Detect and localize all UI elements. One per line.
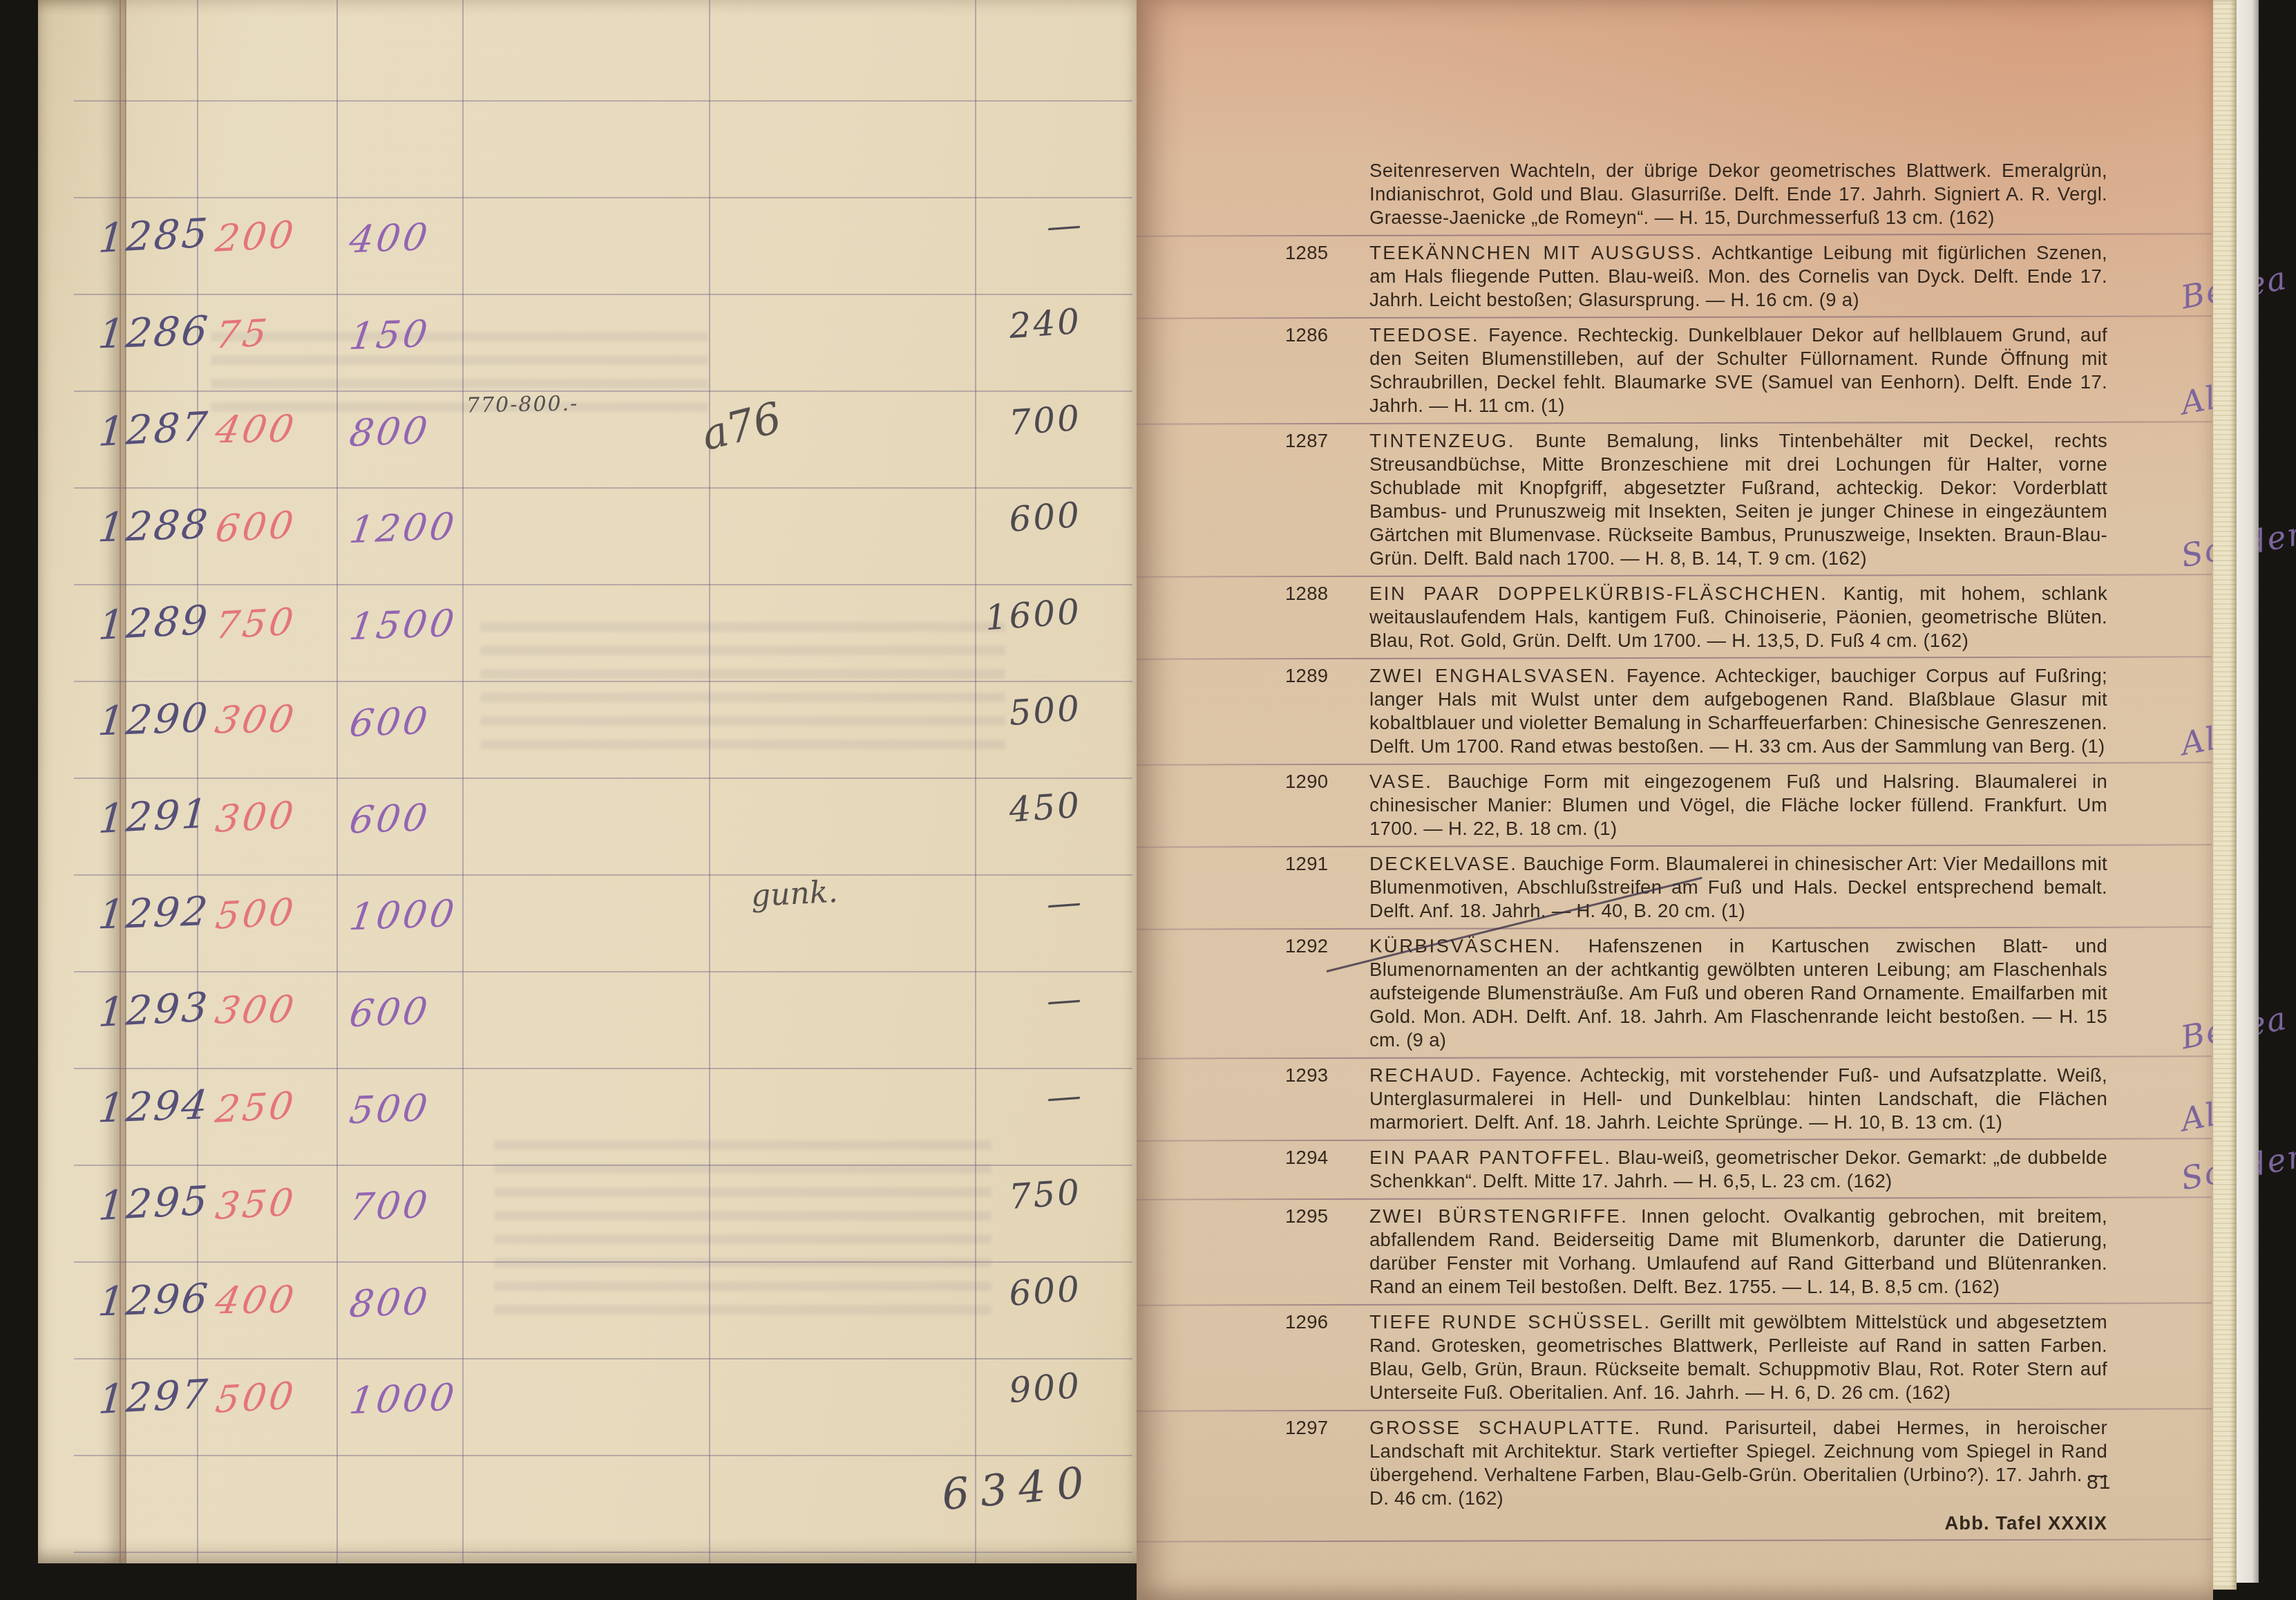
pencil-note-remark: gunk. bbox=[750, 874, 839, 914]
entry-title: DECKELVASE. bbox=[1369, 853, 1517, 874]
ledger-row: 1294 250 500 — bbox=[38, 1068, 1137, 1165]
lot-number: 1285 bbox=[97, 209, 205, 262]
lot-number: 1291 bbox=[97, 790, 205, 843]
limit-price: 500 bbox=[213, 1371, 343, 1421]
ledger-row: 1286 75 150 240 bbox=[38, 294, 1137, 390]
lot-number: 1286 bbox=[96, 307, 205, 357]
result-price: 240 bbox=[935, 301, 1083, 352]
limit-price: 500 bbox=[213, 887, 343, 937]
page-number: 81 bbox=[2087, 1471, 2111, 1494]
ledger-row: 1293 300 600 — bbox=[38, 971, 1137, 1068]
entry-text: TINTENZEUG. Bunte Bemalung, links Tinten… bbox=[1369, 429, 2107, 570]
entry-number: 1297 bbox=[1285, 1416, 1351, 1510]
entry-number: 1292 bbox=[1285, 934, 1351, 1052]
ledger-row: 1296 400 800 600 bbox=[38, 1261, 1137, 1358]
entry-text: GROSSE SCHAUPLATTE. Rund. Parisurteil, d… bbox=[1369, 1416, 2107, 1510]
lot-number: 1288 bbox=[96, 500, 205, 551]
entry-title: TEEKÄNNCHEN MIT AUSGUSS. bbox=[1369, 242, 1703, 263]
entry-number: 1291 bbox=[1285, 852, 1351, 923]
ledger-row: 1289 750 1500 1600 bbox=[38, 584, 1137, 681]
divider-line bbox=[1137, 574, 2212, 577]
catalog-entry: 1287 TINTENZEUG. Bunte Bemalung, links T… bbox=[1285, 429, 2170, 570]
result-price: 750 bbox=[935, 1172, 1083, 1223]
lot-number: 1292 bbox=[96, 887, 205, 938]
ledger-row: 1285 200 400 — bbox=[38, 197, 1137, 294]
limit-price: 300 bbox=[212, 986, 345, 1032]
entry-title: VASE. bbox=[1369, 771, 1432, 792]
lot-number: 1294 bbox=[96, 1081, 205, 1131]
divider-line bbox=[1137, 233, 2212, 236]
divider-line bbox=[1137, 844, 2212, 847]
divider-line bbox=[1137, 1196, 2212, 1200]
estimate-price: 1200 bbox=[347, 502, 520, 552]
result-price: — bbox=[935, 205, 1083, 255]
entry-number: 1294 bbox=[1285, 1146, 1351, 1193]
catalog-page: Seitenreserven Wachteln, der übrige Deko… bbox=[1137, 0, 2213, 1600]
estimate-price: 600 bbox=[347, 986, 520, 1035]
estimate-price: 1500 bbox=[347, 599, 520, 648]
estimate-price: 800 bbox=[347, 1277, 520, 1326]
entry-title: RECHAUD. bbox=[1369, 1064, 1483, 1086]
estimate-price: 500 bbox=[347, 1083, 520, 1132]
entry-number: 1296 bbox=[1285, 1310, 1351, 1404]
pencil-note-price-range: 770-800.- bbox=[466, 392, 579, 418]
plate-reference: Abb. Tafel XXXIX bbox=[1369, 1512, 2107, 1535]
estimate-price: 700 bbox=[347, 1180, 520, 1229]
entry-title: TINTENZEUG. bbox=[1369, 430, 1515, 451]
divider-line bbox=[1137, 315, 2212, 319]
catalog-entry: 1288 EIN PAAR DOPPELKÜRBIS-FLÄSCHCHEN. K… bbox=[1285, 582, 2170, 652]
divider-line bbox=[1137, 1055, 2212, 1059]
catalog-entry: 1292 KÜRBISVÄSCHEN. Hafenszenen in Kartu… bbox=[1285, 934, 2170, 1052]
divider-line bbox=[1137, 421, 2212, 424]
entry-text: TEEDOSE. Fayence. Rechteckig. Dunkelblau… bbox=[1369, 323, 2107, 417]
page-edges-right bbox=[2213, 0, 2237, 1590]
ledger-row: 1290 300 600 500 bbox=[38, 681, 1137, 778]
limit-price: 400 bbox=[212, 1277, 345, 1322]
lot-number: 1295 bbox=[97, 1177, 205, 1230]
limit-price: 300 bbox=[213, 791, 343, 840]
catalog-entry: 1289 ZWEI ENGHALSVASEN. Fayence. Achteck… bbox=[1285, 664, 2170, 758]
divider-line bbox=[1137, 1138, 2212, 1141]
limit-price: 350 bbox=[213, 1178, 343, 1227]
result-price: — bbox=[935, 882, 1083, 932]
lot-number: 1297 bbox=[97, 1371, 205, 1423]
entry-title: TEEDOSE. bbox=[1369, 324, 1479, 346]
lot-number: 1293 bbox=[97, 983, 205, 1036]
result-price: 900 bbox=[935, 1366, 1083, 1416]
entry-text: ZWEI ENGHALSVASEN. Fayence. Achteckiger,… bbox=[1369, 664, 2107, 758]
limit-price: 250 bbox=[213, 1081, 343, 1131]
divider-line bbox=[1137, 1538, 2212, 1542]
estimate-price: 400 bbox=[347, 212, 520, 261]
result-price: 600 bbox=[935, 1269, 1083, 1319]
entry-text: EIN PAAR DOPPELKÜRBIS-FLÄSCHCHEN. Kantig… bbox=[1369, 582, 2107, 652]
limit-price: 600 bbox=[213, 500, 343, 550]
lot-number: 1289 bbox=[97, 596, 205, 649]
entry-number: 1285 bbox=[1285, 241, 1351, 312]
catalog-entries: 1285 TEEKÄNNCHEN MIT AUSGUSS. Achtkantig… bbox=[1285, 241, 2213, 1541]
catalog-entry: 1291 DECKELVASE. Bauchige Form. Blaumale… bbox=[1285, 852, 2170, 923]
ledger-row: 1291 300 600 450 bbox=[38, 778, 1137, 874]
catalog-entry: 1285 TEEKÄNNCHEN MIT AUSGUSS. Achtkantig… bbox=[1285, 241, 2170, 312]
estimate-price: 600 bbox=[347, 696, 520, 745]
ledger-row: 1295 350 700 750 bbox=[38, 1165, 1137, 1261]
catalog-entry: 1293 RECHAUD. Fayence. Achteckig, mit vo… bbox=[1285, 1064, 2170, 1134]
catalog-entry: 1286 TEEDOSE. Fayence. Rechteckig. Dunke… bbox=[1285, 323, 2170, 417]
divider-line bbox=[1137, 1302, 2212, 1306]
catalog-entry: 1295 ZWEI BÜRSTENGRIFFE. Innen gelocht. … bbox=[1285, 1205, 2170, 1299]
entry-title: EIN PAAR PANTOFFEL. bbox=[1369, 1147, 1611, 1168]
entry-title: EIN PAAR DOPPELKÜRBIS-FLÄSCHCHEN. bbox=[1369, 583, 1828, 604]
entry-number: 1287 bbox=[1285, 429, 1351, 570]
catalog-entry: 1290 VASE. Bauchige Form mit eingezogene… bbox=[1285, 770, 2170, 840]
entry-title: GROSSE SCHAUPLATTE. bbox=[1369, 1417, 1642, 1438]
entry-number: 1290 bbox=[1285, 770, 1351, 840]
entry-text: EIN PAAR PANTOFFEL. Blau-weiß, geometris… bbox=[1369, 1146, 2107, 1193]
entry-number: 1293 bbox=[1285, 1064, 1351, 1134]
entry-text: KÜRBISVÄSCHEN. Hafenszenen in Kartuschen… bbox=[1369, 934, 2107, 1052]
ledger-row: 1287 400 800 700 bbox=[38, 390, 1137, 487]
estimate-price: 600 bbox=[347, 793, 520, 842]
ledger-page: 1285 200 400 — 1286 75 150 240 1287 400 … bbox=[38, 0, 1137, 1563]
result-price: 500 bbox=[935, 688, 1083, 739]
limit-price: 300 bbox=[212, 696, 345, 742]
entry-text: TIEFE RUNDE SCHÜSSEL. Gerillt mit gewölb… bbox=[1369, 1310, 2107, 1404]
entry-text: ZWEI BÜRSTENGRIFFE. Innen gelocht. Ovalk… bbox=[1369, 1205, 2107, 1299]
catalog-intro-paragraph: Seitenreserven Wachteln, der übrige Deko… bbox=[1369, 159, 2107, 229]
ledger-row: 1297 500 1000 900 bbox=[38, 1358, 1137, 1455]
catalog-entry: 1294 EIN PAAR PANTOFFEL. Blau-weiß, geom… bbox=[1285, 1146, 2170, 1193]
catalog-entry: 1296 TIEFE RUNDE SCHÜSSEL. Gerillt mit g… bbox=[1285, 1310, 2170, 1404]
entry-description: Bauchige Form mit eingezogenem Fuß und H… bbox=[1369, 771, 2107, 839]
result-price: 700 bbox=[935, 398, 1083, 449]
catalog-entry: 1297 GROSSE SCHAUPLATTE. Rund. Parisurte… bbox=[1285, 1416, 2170, 1510]
entry-text: VASE. Bauchige Form mit eingezogenem Fuß… bbox=[1369, 770, 2107, 840]
result-price: — bbox=[935, 1075, 1083, 1126]
entry-description: Fayence. Rechteckig. Dunkelblauer Dekor … bbox=[1369, 324, 2107, 416]
limit-price: 200 bbox=[213, 210, 343, 260]
estimate-price: 1000 bbox=[347, 890, 520, 939]
lot-number: 1287 bbox=[97, 403, 205, 455]
estimate-price: 1000 bbox=[347, 1373, 520, 1422]
lot-number: 1296 bbox=[96, 1274, 205, 1325]
entry-title: ZWEI BÜRSTENGRIFFE. bbox=[1369, 1205, 1628, 1227]
entry-number: 1288 bbox=[1285, 582, 1351, 652]
entry-number: 1295 bbox=[1285, 1205, 1351, 1299]
entry-number: 1286 bbox=[1285, 323, 1351, 417]
result-price: — bbox=[935, 979, 1083, 1029]
divider-line bbox=[1137, 762, 2212, 765]
limit-price: 750 bbox=[213, 597, 343, 647]
divider-line bbox=[1137, 1408, 2212, 1411]
entry-text: RECHAUD. Fayence. Achteckig, mit vorsteh… bbox=[1369, 1064, 2107, 1134]
entry-text: TEEKÄNNCHEN MIT AUSGUSS. Achtkantige Lei… bbox=[1369, 241, 2107, 312]
lot-number: 1290 bbox=[96, 694, 205, 744]
result-price: 600 bbox=[935, 495, 1083, 545]
paper-stack-edge bbox=[2237, 0, 2259, 1583]
catalog-content: Seitenreserven Wachteln, der übrige Deko… bbox=[1137, 159, 2213, 1547]
entry-title: ZWEI ENGHALSVASEN. bbox=[1369, 665, 1617, 686]
divider-line bbox=[1137, 656, 2212, 659]
limit-price: 400 bbox=[212, 406, 345, 451]
ledger-row: 1292 500 1000 — bbox=[38, 874, 1137, 971]
entry-number: 1289 bbox=[1285, 664, 1351, 758]
result-price: 450 bbox=[935, 785, 1083, 836]
limit-price: 75 bbox=[213, 307, 343, 357]
result-price: 1600 bbox=[935, 592, 1083, 642]
entry-title: TIEFE RUNDE SCHÜSSEL. bbox=[1369, 1311, 1651, 1333]
estimate-price: 150 bbox=[347, 309, 520, 358]
entry-text: DECKELVASE. Bauchige Form. Blaumalerei i… bbox=[1369, 852, 2107, 923]
divider-line bbox=[1137, 926, 2212, 930]
ledger-row: 1288 600 1200 600 bbox=[38, 487, 1137, 584]
